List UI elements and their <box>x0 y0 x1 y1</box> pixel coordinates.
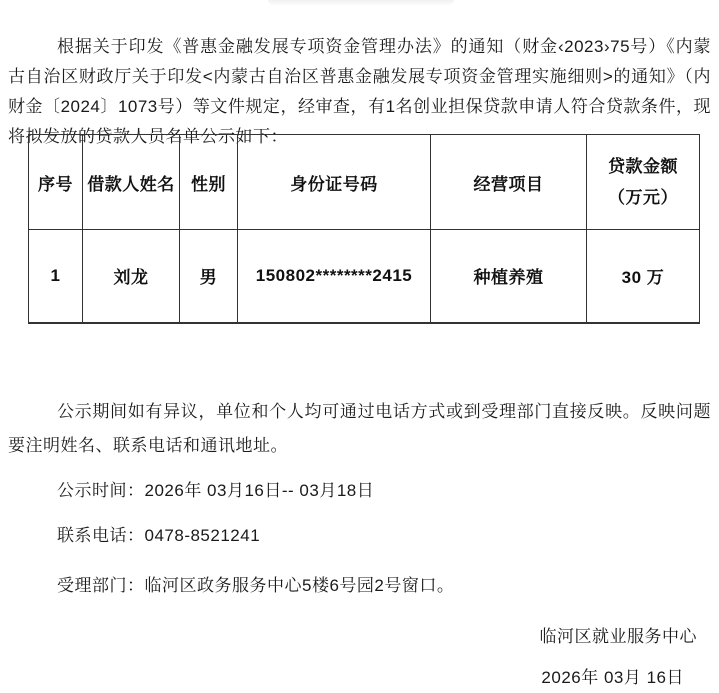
loan-applicants-table: 序号 借款人姓名 性别 身份证号码 经营项目 贷款金额 （万元） 1 刘龙 男 … <box>28 134 700 324</box>
header-gender: 性别 <box>180 135 238 230</box>
header-loan-amount-line2: （万元） <box>587 182 699 213</box>
header-loan-amount: 贷款金额 （万元） <box>587 135 700 230</box>
cell-seq: 1 <box>29 230 83 323</box>
objection-paragraph: 公示期间如有异议，单位和个人均可通过电话方式或到受理部门直接反映。反映问题要注明… <box>8 395 711 463</box>
accepting-department-line: 受理部门：临河区政务服务中心5楼6号园2号窗口。 <box>57 571 454 596</box>
top-edge-artifact <box>268 0 454 5</box>
cell-borrower-name: 刘龙 <box>83 230 180 323</box>
contact-phone-line: 联系电话：0478-8521241 <box>57 521 260 546</box>
signature-date: 2026年 03月 16日 <box>0 663 719 688</box>
cell-id-number: 150802********2415 <box>238 230 431 323</box>
header-seq: 序号 <box>29 135 83 230</box>
cell-gender: 男 <box>180 230 238 323</box>
header-borrower-name: 借款人姓名 <box>83 135 180 230</box>
header-loan-amount-line1: 贷款金额 <box>587 151 699 182</box>
loan-publicity-notice-page: 根据关于印发《普惠金融发展专项资金管理办法》的通知（财金‹2023›75号）《内… <box>0 0 719 693</box>
table-header-row: 序号 借款人姓名 性别 身份证号码 经营项目 贷款金额 （万元） <box>29 135 700 230</box>
table-row: 1 刘龙 男 150802********2415 种植养殖 30 万 <box>29 230 700 323</box>
cell-loan-amount: 30 万 <box>587 230 700 323</box>
header-business-project: 经营项目 <box>431 135 587 230</box>
cell-business-project: 种植养殖 <box>431 230 587 323</box>
publicity-period-line: 公示时间：2026年 03月16日-- 03月18日 <box>57 476 374 501</box>
header-id-number: 身份证号码 <box>238 135 431 230</box>
signature-organization: 临河区就业服务中心 <box>0 622 719 647</box>
